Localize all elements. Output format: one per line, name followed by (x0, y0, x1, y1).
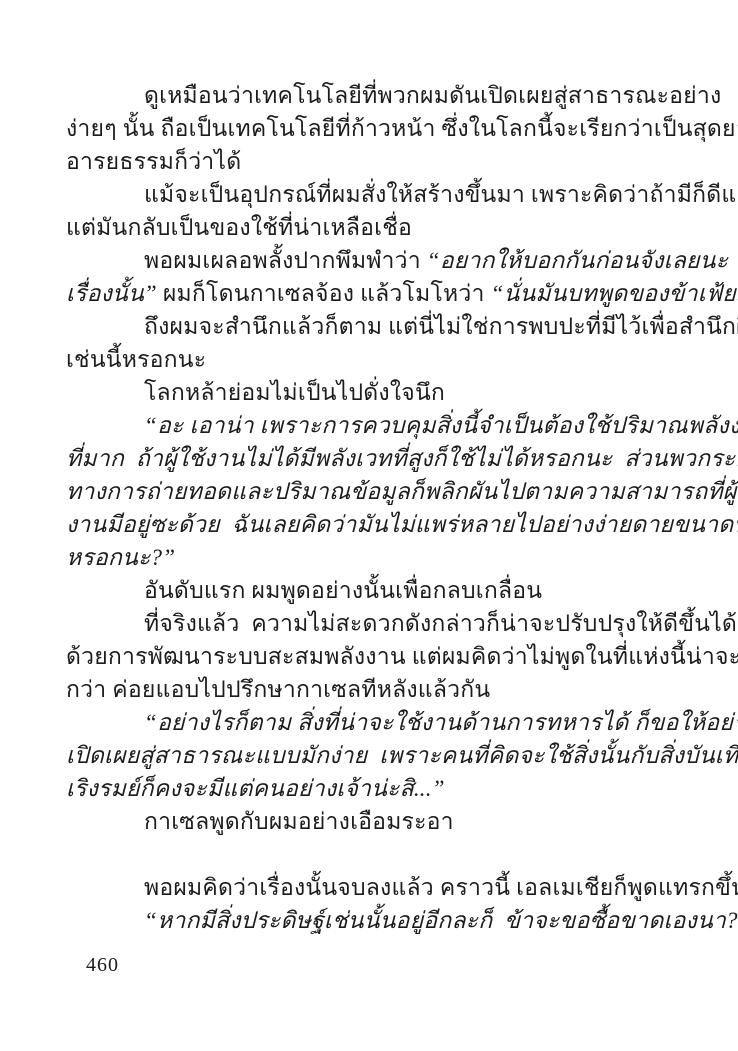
text-line: อันดับแรก ผมพูดอย่างนั้นเพื่อกลบเกลื่อน (66, 574, 666, 607)
text-segment: ง่ายๆ นั้น ถือเป็นเทคโนโลยีที่ก้าวหน้า ซ… (66, 116, 738, 141)
text-line: ทางการถ่ายทอดและปริมาณข้อมูลก็พลิกผันไปต… (66, 475, 666, 508)
text-line: ง่ายๆ นั้น ถือเป็นเทคโนโลยีที่ก้าวหน้า ซ… (66, 112, 666, 145)
text-line: งานมีอยู่ซะด้วย ฉันเลยคิดว่ามันไม่แพร่หล… (66, 508, 666, 541)
text-segment: กว่า ค่อยแอบไปปรึกษากาเซลทีหลังแล้วกัน (66, 677, 490, 702)
text-line: ด้วยการพัฒนาระบบสะสมพลังงาน แต่ผมคิดว่าไ… (66, 640, 666, 673)
text-line: เริงรมย์ก็คงจะมีแต่คนอย่างเจ้าน่ะสิ...” (66, 772, 666, 805)
text-segment: ดูเหมือนว่าเทคโนโลยีที่พวกผมดันเปิดเผยสู… (144, 83, 721, 108)
text-segment: ผมก็โดนกาเซลจ้อง แล้วโมโหว่า (157, 281, 491, 306)
dialogue-text-segment: “นั่นมันบทพูดของข้าเฟ้ย!” (491, 281, 738, 306)
dialogue-text-segment: ทางการถ่ายทอดและปริมาณข้อมูลก็พลิกผันไปต… (66, 479, 738, 504)
dialogue-text-segment: “อยากให้บอกกันก่อนจังเลยนะ (427, 248, 728, 273)
text-block: ดูเหมือนว่าเทคโนโลยีที่พวกผมดันเปิดเผยสู… (66, 79, 666, 937)
dialogue-text-segment: “อะ เอาน่า เพราะการควบคุมสิ่งนี้จำเป็นต้… (144, 413, 738, 438)
text-segment: แต่มันกลับเป็นของใช้ที่น่าเหลือเชื่อ (66, 215, 412, 240)
blank-line (66, 838, 666, 871)
dialogue-text-segment: เรื่องนั้น” (66, 281, 157, 306)
text-line: หรอกนะ?” (66, 541, 666, 574)
text-line: อารยธรรมก็ว่าได้ (66, 145, 666, 178)
text-line: แม้จะเป็นอุปกรณ์ที่ผมสั่งให้สร้างขึ้นมา … (66, 178, 666, 211)
text-segment: แม้จะเป็นอุปกรณ์ที่ผมสั่งให้สร้างขึ้นมา … (144, 182, 738, 207)
text-segment: ถึงผมจะสำนึกแล้วก็ตาม แต่นี่ไม่ใช่การพบป… (144, 314, 738, 339)
text-segment: พอผมคิดว่าเรื่องนั้นจบลงแล้ว คราวนี้ เอล… (144, 875, 738, 900)
text-segment: อันดับแรก ผมพูดอย่างนั้นเพื่อกลบเกลื่อน (144, 578, 542, 603)
dialogue-text-segment: เริงรมย์ก็คงจะมีแต่คนอย่างเจ้าน่ะสิ...” (66, 776, 445, 801)
book-page: ดูเหมือนว่าเทคโนโลยีที่พวกผมดันเปิดเผยสู… (0, 0, 738, 1051)
dialogue-text-segment: หรอกนะ?” (66, 545, 175, 570)
text-line: แต่มันกลับเป็นของใช้ที่น่าเหลือเชื่อ (66, 211, 666, 244)
text-line: ที่จริงแล้ว ความไม่สะดวกดังกล่าวก็น่าจะป… (66, 607, 666, 640)
text-line: กว่า ค่อยแอบไปปรึกษากาเซลทีหลังแล้วกัน (66, 673, 666, 706)
text-line: “หากมีสิ่งประดิษฐ์เช่นนั้นอยู่อีกละก็ ข้… (66, 904, 666, 937)
text-segment: เช่นนี้หรอกนะ (66, 347, 206, 372)
dialogue-text-segment: “หากมีสิ่งประดิษฐ์เช่นนั้นอยู่อีกละก็ ข้… (144, 908, 738, 933)
text-line: เรื่องนั้น” ผมก็โดนกาเซลจ้อง แล้วโมโหว่า… (66, 277, 666, 310)
text-line: ถึงผมจะสำนึกแล้วก็ตาม แต่นี่ไม่ใช่การพบป… (66, 310, 666, 343)
text-line: พอผมเผลอพลั้งปากพึมพำว่า “อยากให้บอกกันก… (66, 244, 666, 277)
dialogue-text-segment: “อย่างไรก็ตาม สิ่งที่น่าจะใช้งานด้านการท… (144, 710, 738, 735)
text-line: “อย่างไรก็ตาม สิ่งที่น่าจะใช้งานด้านการท… (66, 706, 666, 739)
text-segment: พอผมเผลอพลั้งปากพึมพำว่า (144, 248, 427, 273)
page-number: 460 (86, 951, 119, 979)
text-line: ที่มาก ถ้าผู้ใช้งานไม่ได้มีพลังเวทที่สูง… (66, 442, 666, 475)
dialogue-text-segment: งานมีอยู่ซะด้วย ฉันเลยคิดว่ามันไม่แพร่หล… (66, 512, 738, 537)
text-line: พอผมคิดว่าเรื่องนั้นจบลงแล้ว คราวนี้ เอล… (66, 871, 666, 904)
text-line: เช่นนี้หรอกนะ (66, 343, 666, 376)
text-line: ดูเหมือนว่าเทคโนโลยีที่พวกผมดันเปิดเผยสู… (66, 79, 666, 112)
text-line: “อะ เอาน่า เพราะการควบคุมสิ่งนี้จำเป็นต้… (66, 409, 666, 442)
dialogue-text-segment: เปิดเผยสู่สาธารณะแบบมักง่าย เพราะคนที่คิ… (66, 743, 738, 768)
text-segment: กาเซลพูดกับผมอย่างเอือมระอา (144, 809, 454, 834)
text-line: โลกหล้าย่อมไม่เป็นไปดั่งใจนึก (66, 376, 666, 409)
text-segment: โลกหล้าย่อมไม่เป็นไปดั่งใจนึก (144, 380, 445, 405)
text-line: กาเซลพูดกับผมอย่างเอือมระอา (66, 805, 666, 838)
text-segment: อารยธรรมก็ว่าได้ (66, 149, 241, 174)
text-segment: ด้วยการพัฒนาระบบสะสมพลังงาน แต่ผมคิดว่าไ… (66, 644, 738, 669)
text-line: เปิดเผยสู่สาธารณะแบบมักง่าย เพราะคนที่คิ… (66, 739, 666, 772)
dialogue-text-segment: ที่มาก ถ้าผู้ใช้งานไม่ได้มีพลังเวทที่สูง… (66, 446, 738, 471)
text-segment: ที่จริงแล้ว ความไม่สะดวกดังกล่าวก็น่าจะป… (144, 611, 737, 636)
